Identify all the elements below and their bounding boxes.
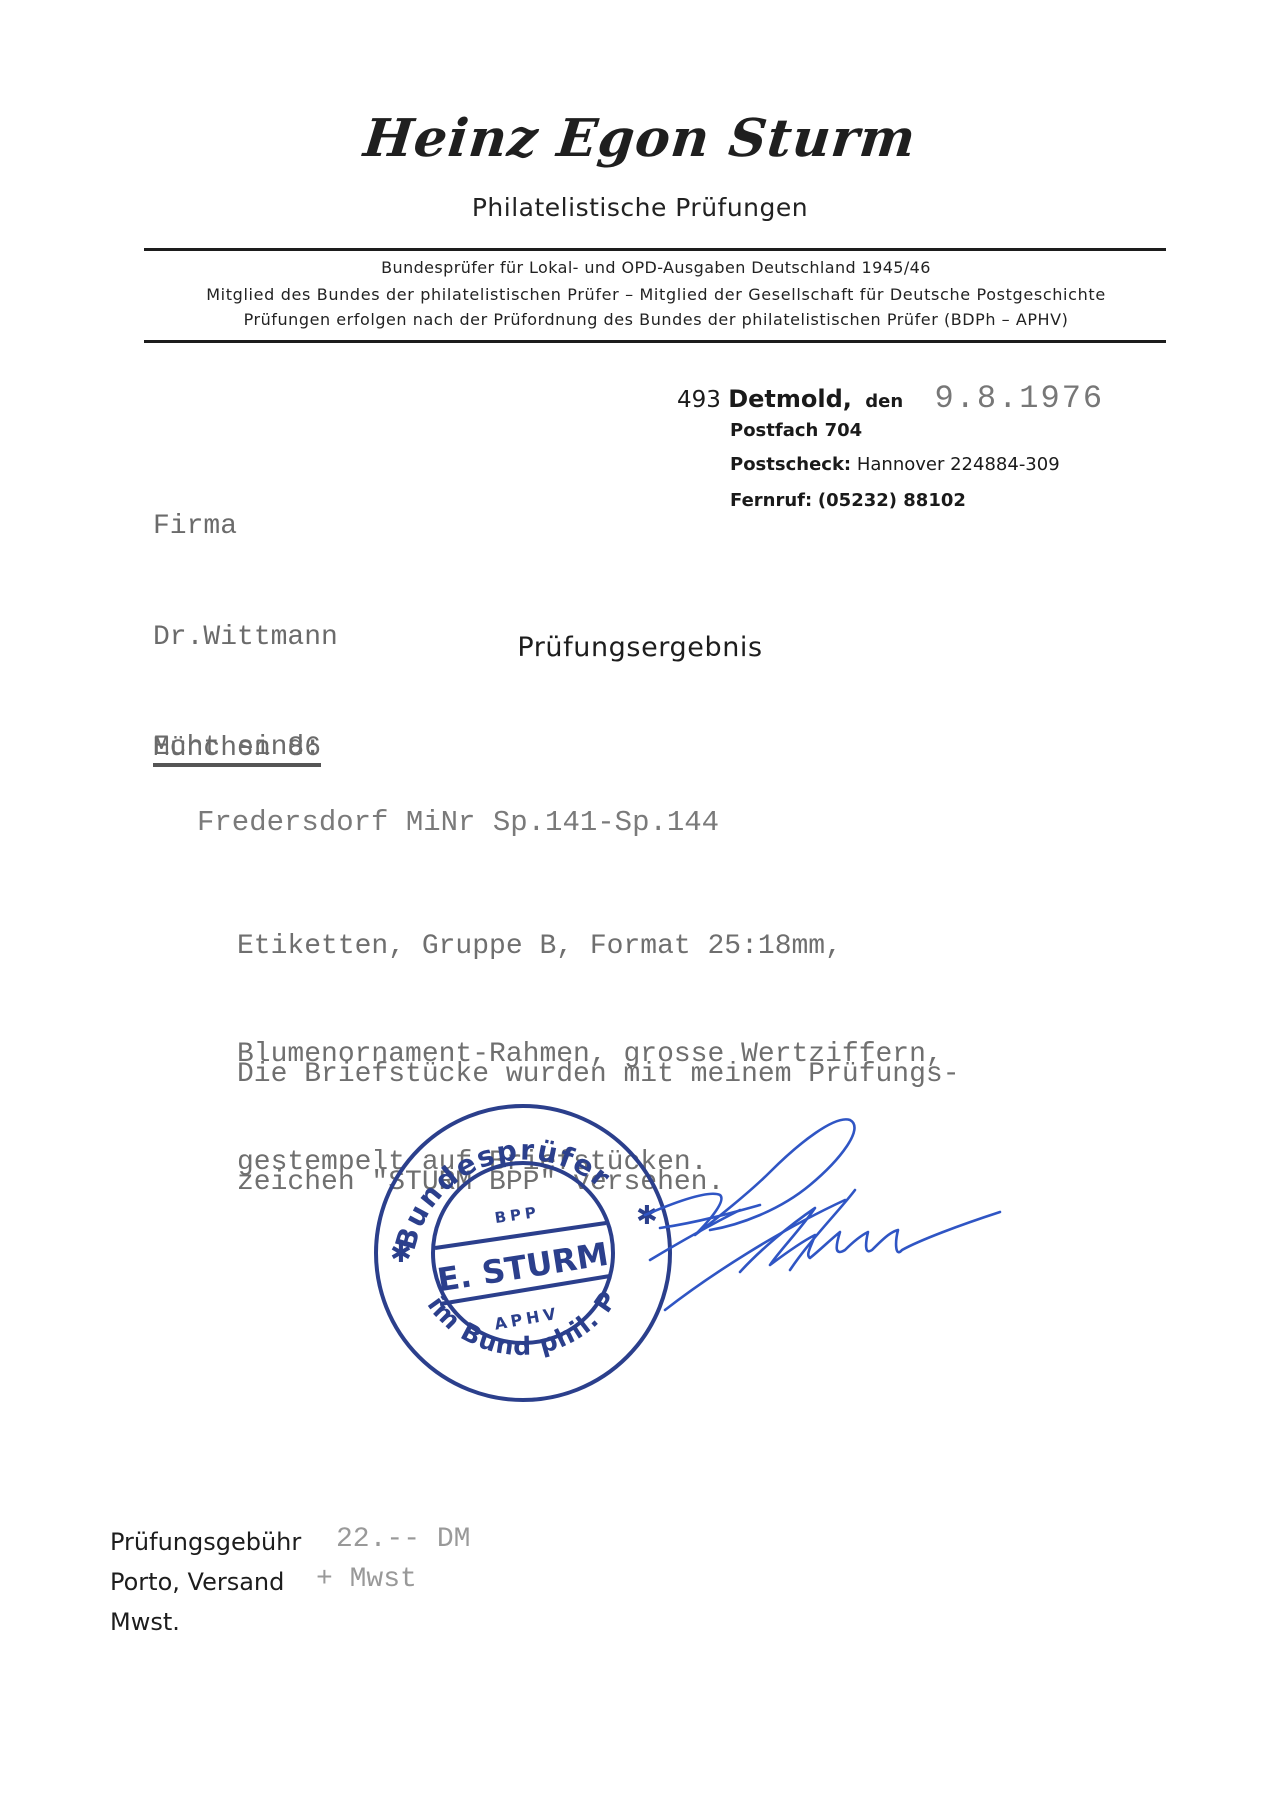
sender-fernruf: Fernruf: (05232) 88102	[730, 490, 966, 511]
echt-label-text: Echt sind:	[153, 732, 321, 765]
fernruf-label: Fernruf:	[730, 490, 812, 511]
fee-label: Porto, Versand	[110, 1568, 284, 1596]
fee-label: Prüfungsgebühr	[110, 1528, 301, 1556]
postfach-label: Postfach 704	[730, 420, 862, 441]
recipient-line: Firma	[153, 508, 338, 545]
document-title: Prüfungsergebnis	[0, 632, 1280, 663]
postscheck-value: Hannover 224884-309	[857, 454, 1060, 475]
signature	[640, 1100, 1020, 1320]
divider-bottom	[144, 340, 1166, 343]
letterhead-name: Heinz Egon Sturm	[0, 108, 1280, 169]
letter-date: 9.8.1976	[934, 380, 1104, 417]
item-note-line: Die Briefstücke wurden mit meinem Prüfun…	[237, 1057, 960, 1093]
fernruf-value: (05232) 88102	[818, 490, 966, 511]
svg-text:Bundesprüfer: Bundesprüfer	[389, 1133, 618, 1253]
fee-value: 22.-- DM	[336, 1524, 470, 1555]
sender-city: Detmold,	[728, 385, 852, 413]
examiner-stamp: Bundesprüfer im Bund phil. Prüfer BPP E.…	[368, 1098, 678, 1408]
fee-label: Mwst.	[110, 1608, 180, 1636]
divider-top	[144, 248, 1166, 251]
postscheck-label: Postscheck:	[730, 454, 851, 475]
sender-block: 493 Detmold, den 9.8.1976 Postfach 704 P…	[677, 380, 1104, 417]
item-description-line: Etiketten, Gruppe B, Format 25:18mm,	[237, 929, 943, 965]
credential-line: Prüfungen erfolgen nach der Prüfordnung …	[140, 310, 1172, 329]
sender-postcode: 493	[677, 387, 721, 413]
letterhead-subtitle: Philatelistische Prüfungen	[0, 193, 1280, 222]
sender-place-date: 493 Detmold, den 9.8.1976	[677, 380, 1104, 417]
stamp-inner-top: BPP	[494, 1203, 541, 1227]
item-title: Fredersdorf MiNr Sp.141-Sp.144	[197, 806, 719, 839]
credential-line: Mitglied des Bundes der philatelistische…	[140, 285, 1172, 304]
fee-value: + Mwst	[316, 1564, 417, 1595]
echt-label: Echt sind:	[153, 732, 321, 763]
credential-line: Bundesprüfer für Lokal- und OPD-Ausgaben…	[140, 258, 1172, 277]
stamp-outer-top-text: Bundesprüfer	[389, 1133, 618, 1253]
stamp-star-icon: ✱	[390, 1239, 412, 1269]
sender-postscheck: Postscheck: Hannover 224884-309	[730, 454, 1060, 475]
sender-den: den	[865, 391, 903, 412]
sender-postfach: Postfach 704	[730, 420, 862, 441]
